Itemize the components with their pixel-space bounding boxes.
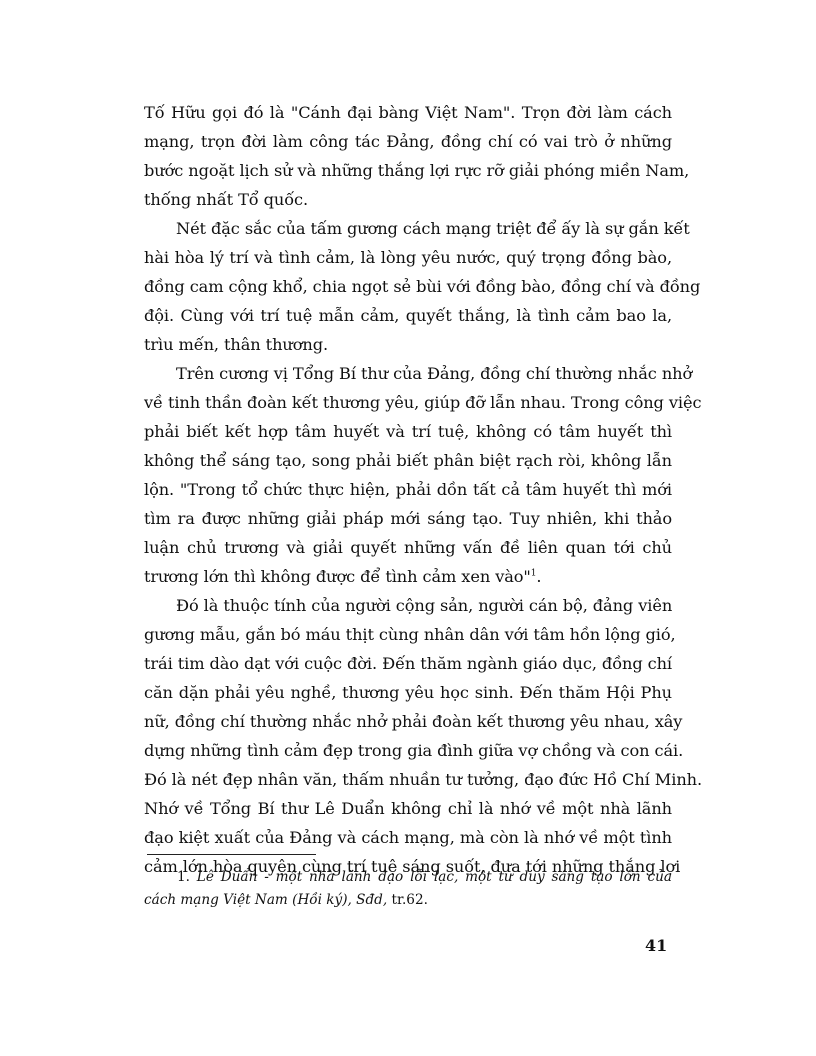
text-line: bước ngoặt lịch sử và những thắng lợi rự… [144, 156, 672, 185]
text-line: nữ, đồng chí thường nhắc nhở phải đoàn k… [144, 707, 672, 736]
footnote-line-2: cách mạng Việt Nam (Hồi ký), Sđd, tr.62. [144, 889, 672, 912]
text-line: đồng cam cộng khổ, chia ngọt sẻ bùi với … [144, 272, 672, 301]
text-line: về tinh thần đoàn kết thương yêu, giúp đ… [144, 388, 672, 417]
text-line: mạng, trọn đời làm công tác Đảng, đồng c… [144, 127, 672, 156]
footnote-page-ref: tr.62. [387, 892, 428, 908]
text-line: trái tim dào dạt với cuộc đời. Đến thăm … [144, 649, 672, 678]
footnote-divider [147, 854, 316, 855]
text-line: Tố Hữu gọi đó là "Cánh đại bàng Việt Nam… [144, 98, 672, 127]
text-line: phải biết kết hợp tâm huyết và trí tuệ, … [144, 417, 672, 446]
text-line: Nét đặc sắc của tấm gương cách mạng triệ… [144, 214, 672, 243]
text-line: hài hòa lý trí và tình cảm, là lòng yêu … [144, 243, 672, 272]
trailing-punctuation: . [536, 567, 541, 586]
text-line: dựng những tình cảm đẹp trong gia đình g… [144, 736, 672, 765]
page-number: 41 [645, 936, 667, 955]
footnote-title: Lê Duẩn - một nhà lãnh đạo lỗi lạc, một … [197, 869, 672, 885]
paragraph-4: Đó là thuộc tính của người cộng sản, ngư… [144, 591, 672, 881]
paragraph-1: Tố Hữu gọi đó là "Cánh đại bàng Việt Nam… [144, 98, 672, 214]
text-line: Đó là nét đẹp nhân văn, thấm nhuần tư tư… [144, 765, 672, 794]
text-line: gương mẫu, gắn bó máu thịt cùng nhân dân… [144, 620, 672, 649]
page-body: Tố Hữu gọi đó là "Cánh đại bàng Việt Nam… [144, 98, 672, 881]
footnote-number: 1. [177, 869, 197, 885]
text-line: Đó là thuộc tính của người cộng sản, ngư… [144, 591, 672, 620]
text-line: luận chủ trương và giải quyết những vấn … [144, 533, 672, 562]
text-line: căn dặn phải yêu nghề, thương yêu học si… [144, 678, 672, 707]
text-line: đạo kiệt xuất của Đảng và cách mạng, mà … [144, 823, 672, 852]
text-line: lộn. "Trong tổ chức thực hiện, phải dồn … [144, 475, 672, 504]
text-line: tìm ra được những giải pháp mới sáng tạo… [144, 504, 672, 533]
paragraph-3: Trên cương vị Tổng Bí thư của Đảng, đồng… [144, 359, 672, 591]
paragraph-2: Nét đặc sắc của tấm gương cách mạng triệ… [144, 214, 672, 359]
text-line: trương lớn thì không được để tình cảm xe… [144, 567, 531, 586]
footnote-title-cont: cách mạng Việt Nam (Hồi ký), Sđd, [144, 892, 387, 908]
text-line: Trên cương vị Tổng Bí thư của Đảng, đồng… [144, 359, 672, 388]
text-line: thống nhất Tổ quốc. [144, 185, 672, 214]
text-line: trìu mến, thân thương. [144, 330, 672, 359]
text-line-with-footnote: trương lớn thì không được để tình cảm xe… [144, 562, 672, 591]
text-line: đội. Cùng với trí tuệ mẫn cảm, quyết thắ… [144, 301, 672, 330]
text-line: không thể sáng tạo, song phải biết phân … [144, 446, 672, 475]
footnote: 1. Lê Duẩn - một nhà lãnh đạo lỗi lạc, m… [144, 866, 672, 912]
footnote-line-1: 1. Lê Duẩn - một nhà lãnh đạo lỗi lạc, m… [144, 866, 672, 889]
text-line: Nhớ về Tổng Bí thư Lê Duẩn không chỉ là … [144, 794, 672, 823]
